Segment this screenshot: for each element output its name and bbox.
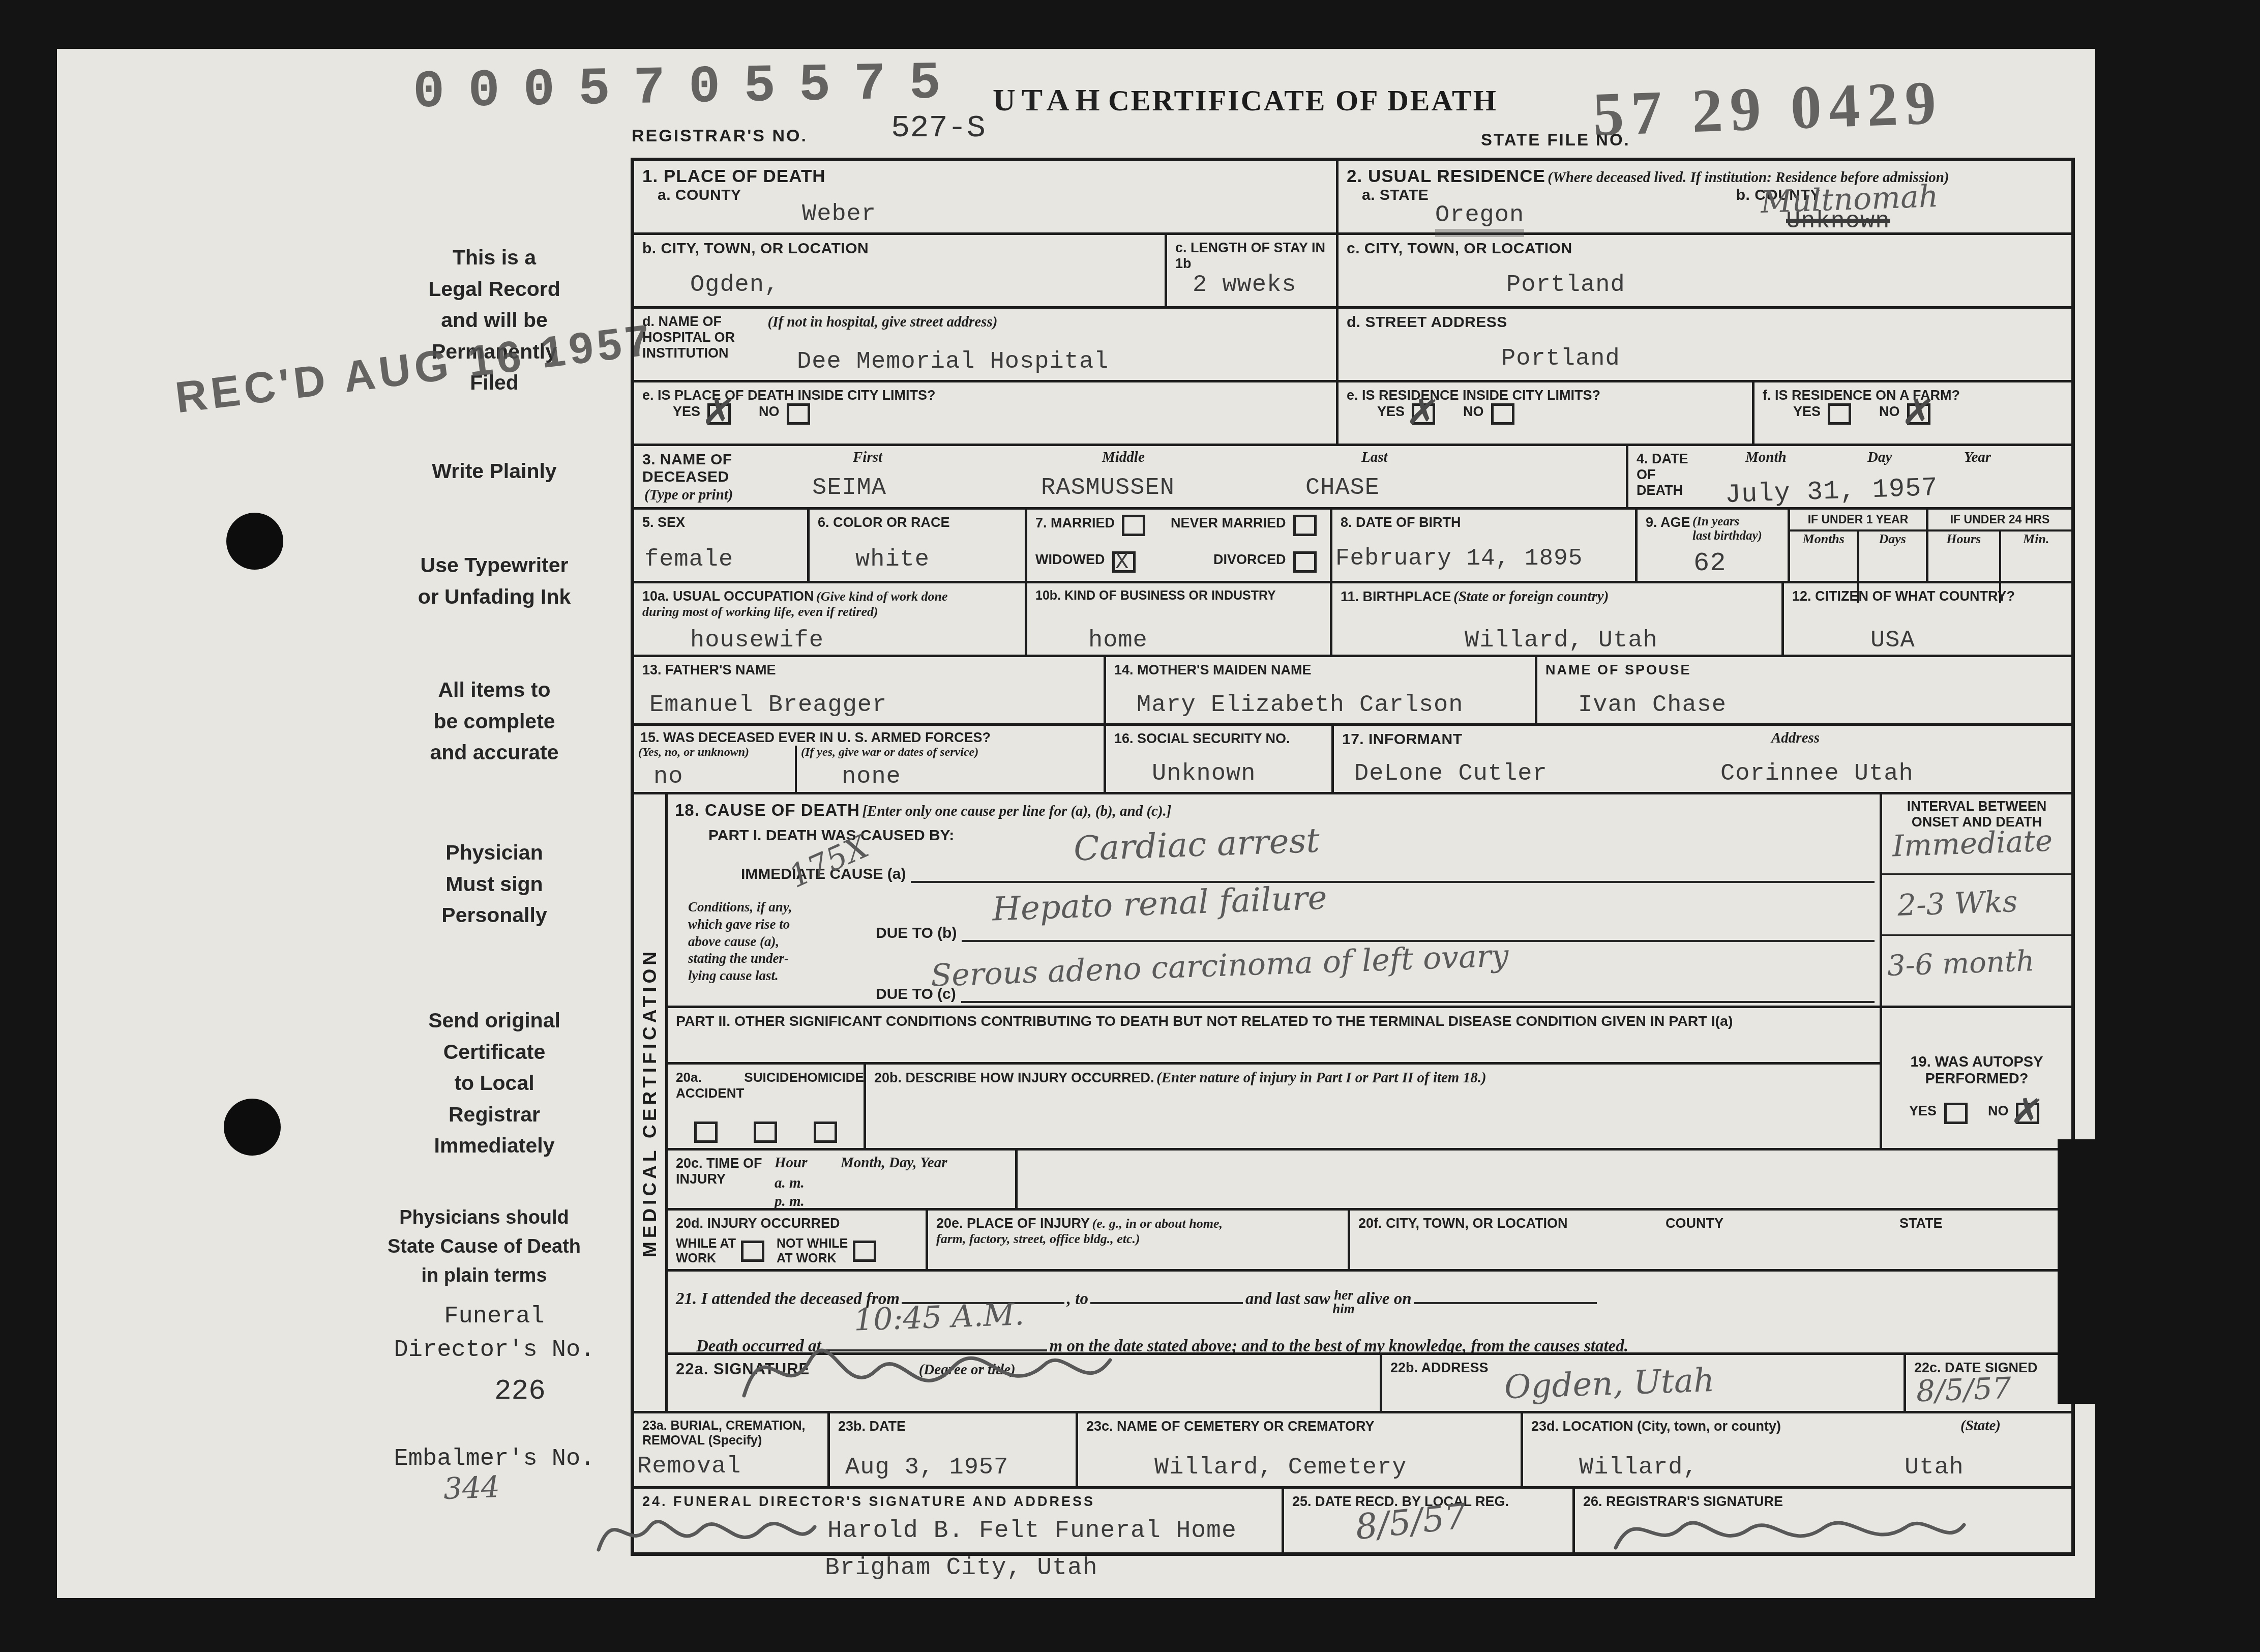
informant-value: DeLone Cutler <box>1354 760 1548 787</box>
scan-edge-notch <box>2058 1139 2260 1404</box>
yes-label: YES <box>673 404 700 419</box>
row-injury-place: 20d. INJURY OCCURRED WHILE AT WORK NOT W… <box>668 1211 2071 1272</box>
fathers-name-value: Emanuel Breagger <box>649 692 887 719</box>
month-header: Month <box>1745 449 1787 466</box>
length-of-stay-label: c. LENGTH OF STAY IN 1b <box>1175 240 1325 271</box>
occupation-label: 10a. USUAL OCCUPATION <box>642 588 814 604</box>
business-value: home <box>1088 627 1148 654</box>
field-if-under-24-hrs: IF UNDER 24 HRS Hours Min. <box>1928 510 2071 581</box>
field-residence-city-limits: e. IS RESIDENCE INSIDE CITY LIMITS? YES … <box>1339 382 1755 444</box>
time-of-injury-label: 20c. TIME OF INJURY <box>676 1156 762 1187</box>
field-armed-forces: 15. WAS DECEASED EVER IN U. S. ARMED FOR… <box>634 726 1106 792</box>
date-of-death-value: July 31, 1957 <box>1724 473 1938 511</box>
row-signature: 22a. SIGNATURE (Degree or title) 22b. AD… <box>668 1355 2071 1411</box>
widowed-label: WIDOWED <box>1035 552 1105 567</box>
citizen-value: USA <box>1870 627 1915 654</box>
first-name-value: SEIMA <box>812 475 886 501</box>
suicide-checkbox <box>754 1122 777 1143</box>
type-or-print-hint: (Type or print) <box>644 487 733 504</box>
cause-of-death-bracket: [Enter only one cause per line for (a), … <box>862 803 1171 819</box>
field-part2-conditions: PART II. OTHER SIGNIFICANT CONDITIONS CO… <box>668 1008 1882 1065</box>
row-funeral-registrar: 24. FUNERAL DIRECTOR'S SIGNATURE AND ADD… <box>634 1489 2071 1552</box>
no-label: NO <box>1879 404 1900 419</box>
cause-of-death-label: 18. CAUSE OF DEATH <box>675 801 860 819</box>
describe-injury-hint: (Enter nature of injury in Part I or Par… <box>1156 1070 1486 1086</box>
field-physician-signature: 22a. SIGNATURE (Degree or title) <box>668 1355 1382 1411</box>
birthplace-label: 11. BIRTHPLACE <box>1341 589 1451 604</box>
field-name-of-spouse: NAME OF SPOUSE Ivan Chase <box>1537 657 2071 723</box>
field-name-of-deceased: 3. NAME OF DECEASED (Type or print) Firs… <box>634 446 1628 507</box>
homicide-checkbox <box>814 1122 837 1143</box>
death-city-limits-yes-checkbox <box>707 403 731 425</box>
field-marital-status: 7. MARRIED NEVER MARRIED WIDOWED DIVORCE… <box>1027 510 1332 581</box>
funeral-home-value: Harold B. Felt Funeral Home <box>827 1517 1237 1545</box>
fathers-name-label: 13. FATHER'S NAME <box>642 662 776 677</box>
registrar-signature <box>1605 1502 1972 1558</box>
field-date-received: 25. DATE RECD. BY LOCAL REG. 8/5/57 <box>1284 1489 1575 1552</box>
residence-state-value: Oregon <box>1435 202 1524 237</box>
field-autopsy: 19. WAS AUTOPSY PERFORMED? YES NO <box>1882 1008 2071 1148</box>
row-occupation-birthplace-citizen: 10a. USUAL OCCUPATION (Give kind of work… <box>634 583 2071 657</box>
year-header: Year <box>1964 449 1991 466</box>
funeral-director-no-value: 226 <box>494 1371 546 1411</box>
field-age: 9. AGE (In years last birthday) 62 <box>1638 510 1790 581</box>
while-at-work-label: WHILE AT WORK <box>676 1236 736 1266</box>
field-if-under-1-year: IF UNDER 1 YEAR Months Days <box>1790 510 1928 581</box>
punch-hole-top <box>226 513 283 570</box>
armed-forces-value1: no <box>653 763 791 790</box>
sex-label: 5. SEX <box>642 515 685 530</box>
occupation-value: housewife <box>690 627 824 654</box>
sex-value: female <box>644 546 733 573</box>
serial-number-stamp: 0005705575 <box>412 53 965 123</box>
margin-note-all-items: All items to be complete and accurate <box>342 674 647 769</box>
injury-state-label: STATE <box>1899 1216 1943 1231</box>
immediate-cause-handwritten: Cardiac arrest <box>1073 821 1320 869</box>
age-value: 62 <box>1693 548 1726 578</box>
injury-county-label: COUNTY <box>1666 1216 1723 1231</box>
accident-label: 20a. ACCIDENT <box>676 1070 744 1101</box>
certificate-sheet: This is a Legal Record and will be Perma… <box>57 49 2095 1598</box>
autopsy-no-checkbox <box>2016 1103 2039 1124</box>
date-of-birth-label: 8. DATE OF BIRTH <box>1341 515 1461 530</box>
row-hospital-street: d. NAME OF HOSPITAL OR INSTITUTION (If n… <box>634 309 2071 382</box>
row-part2-injury: PART II. OTHER SIGNIFICANT CONDITIONS CO… <box>668 1008 2071 1150</box>
widowed-checkbox <box>1112 551 1136 573</box>
month-day-year-header: Month, Day, Year <box>841 1155 947 1171</box>
hour-header: Hour <box>775 1155 807 1171</box>
field-residence-city: c. CITY, TOWN, OR LOCATION Portland <box>1339 235 2071 306</box>
embalmer-no-value: 344 <box>443 1469 500 1506</box>
street-address-label: d. STREET ADDRESS <box>1347 314 1507 331</box>
no-label: NO <box>1463 404 1484 419</box>
last-name-value: CHASE <box>1305 475 1380 501</box>
field-accident-suicide-homicide: 20a. ACCIDENT SUICIDE HOMICIDE <box>668 1065 866 1148</box>
informant-label: 17. INFORMANT <box>1342 731 1463 748</box>
mothers-name-label: 14. MOTHER'S MAIDEN NAME <box>1114 662 1311 677</box>
street-address-value: Portland <box>1501 345 1620 372</box>
burial-type-label: 23a. BURIAL, CREMATION, REMOVAL (Specify… <box>642 1419 805 1448</box>
death-occurred-rest: m on the date stated above; and to the b… <box>1050 1337 1628 1355</box>
ssn-label: 16. SOCIAL SECURITY NO. <box>1114 731 1290 746</box>
mothers-name-value: Mary Elizabeth Carlson <box>1137 692 1464 719</box>
row-parents-spouse: 13. FATHER'S NAME Emanuel Breagger 14. M… <box>634 657 2071 726</box>
birthplace-hint: (State or foreign country) <box>1453 588 1609 605</box>
field-describe-injury: 20b. DESCRIBE HOW INJURY OCCURRED. (Ente… <box>866 1065 1882 1148</box>
due-to-c-handwritten: Serous adeno carcinoma of left ovary <box>930 938 1509 994</box>
due-to-b-handwritten: Hepato renal failure <box>992 879 1328 929</box>
title-main: CERTIFICATE OF DEATH <box>1108 84 1498 117</box>
field-place-of-injury: 20e. PLACE OF INJURY (e. g., in or about… <box>928 1211 1350 1269</box>
cemetery-name-value: Willard, Cemetery <box>1154 1454 1407 1481</box>
date-of-birth-value: February 14, 1895 <box>1335 545 1583 572</box>
months-header: Months <box>1803 532 1845 546</box>
margin-note-use-typewriter: Use Typewriter or Unfading Ink <box>342 550 647 612</box>
married-label: MARRIED <box>1051 515 1115 530</box>
physician-address-label: 22b. ADDRESS <box>1390 1360 1489 1375</box>
burial-date-value: Aug 3, 1957 <box>845 1454 1008 1481</box>
field-burial-date: 23b. DATE Aug 3, 1957 <box>830 1413 1078 1486</box>
registrars-no-label: REGISTRAR'S NO. <box>632 126 808 146</box>
field-hospital-name: d. NAME OF HOSPITAL OR INSTITUTION (If n… <box>634 309 1339 380</box>
field-burial-type: 23a. BURIAL, CREMATION, REMOVAL (Specify… <box>634 1413 830 1486</box>
residence-city-limits-yes-checkbox <box>1412 403 1435 425</box>
cemetery-location-value: Willard, <box>1579 1454 1698 1481</box>
residence-county-struck: Unknown <box>1786 208 1890 235</box>
age-hint: (In years last birthday) <box>1692 515 1762 543</box>
row-time-of-injury: 20c. TIME OF INJURY Hour Month, Day, Yea… <box>668 1150 2071 1211</box>
her-label: her <box>1332 1288 1355 1302</box>
registrars-no-value: 527-S <box>891 110 986 146</box>
field-death-city: b. CITY, TOWN, OR LOCATION Ogden, <box>634 235 1167 306</box>
autopsy-label: 19. WAS AUTOPSY PERFORMED? <box>1890 1054 2063 1087</box>
day-header: Day <box>1867 449 1892 466</box>
burial-type-value: Removal <box>637 1453 741 1480</box>
field-social-security: 16. SOCIAL SECURITY NO. Unknown <box>1106 726 1334 792</box>
field-time-of-injury: 20c. TIME OF INJURY Hour Month, Day, Yea… <box>668 1150 1018 1208</box>
margin-note-physician-sign: Physician Must sign Personally <box>342 837 647 931</box>
pm-label: p. m. <box>775 1193 805 1210</box>
him-label: him <box>1332 1302 1355 1316</box>
row-city-limits-farm: e. IS PLACE OF DEATH INSIDE CITY LIMITS?… <box>634 382 2071 446</box>
color-race-value: white <box>855 546 930 573</box>
date-signed-handwritten: 8/5/57 <box>1916 1371 2012 1408</box>
field-place-of-death: 1. PLACE OF DEATH a. COUNTY Weber <box>634 161 1339 232</box>
yes-label: YES <box>1909 1103 1937 1118</box>
signature-label: 22a. SIGNATURE <box>676 1360 810 1378</box>
row-burial: 23a. BURIAL, CREMATION, REMOVAL (Specify… <box>634 1411 2071 1489</box>
place-of-death-title: 1. PLACE OF DEATH <box>642 166 826 186</box>
row-cause-of-death: 18. CAUSE OF DEATH [Enter only one cause… <box>668 794 2071 1008</box>
not-while-at-work-checkbox <box>853 1241 876 1262</box>
armed-forces-hint2: (If yes, give war or dates of service) <box>801 746 978 759</box>
degree-title-hint: (Degree or title) <box>919 1362 1016 1378</box>
divorced-label: DIVORCED <box>1213 552 1286 567</box>
attended-text-aliveon: alive on <box>1357 1290 1411 1308</box>
due-to-b-label: DUE TO (b) <box>876 925 957 942</box>
not-while-at-work-label: NOT WHILE AT WORK <box>777 1236 848 1266</box>
min-header: Min. <box>2023 532 2049 546</box>
cemetery-name-label: 23c. NAME OF CEMETERY OR CREMATORY <box>1086 1419 1375 1434</box>
county-label: a. COUNTY <box>658 187 741 203</box>
field-date-of-birth: 8. DATE OF BIRTH February 14, 1895 <box>1332 510 1638 581</box>
title-utah: UTAH <box>993 83 1106 117</box>
field-date-signed: 22c. DATE SIGNED 8/5/57 <box>1906 1355 2071 1411</box>
residence-state-label: a. STATE <box>1362 187 1429 203</box>
suicide-label: SUICIDE <box>744 1070 797 1101</box>
margin-note-send-original: Send original Certificate to Local Regis… <box>342 1005 647 1162</box>
medical-certification-strip: MEDICAL CERTIFICATION <box>634 794 668 1411</box>
informant-address-label: Address <box>1771 730 1820 747</box>
field-death-city-limits: e. IS PLACE OF DEATH INSIDE CITY LIMITS?… <box>634 382 1339 444</box>
field-usual-occupation: 10a. USUAL OCCUPATION (Give kind of work… <box>634 583 1027 655</box>
middle-name-header: Middle <box>1102 449 1145 466</box>
spouse-value: Ivan Chase <box>1578 692 1727 719</box>
field-sex: 5. SEX female <box>634 510 810 581</box>
punch-hole-bottom <box>224 1099 281 1156</box>
spouse-label: NAME OF SPOUSE <box>1545 662 1691 677</box>
burial-date-label: 23b. DATE <box>838 1419 906 1434</box>
death-city-limits-no-checkbox <box>787 403 810 425</box>
attended-text-to: , to <box>1067 1290 1088 1308</box>
while-at-work-checkbox <box>741 1241 764 1262</box>
state-file-no-stamp: 57 29 0429 <box>1592 67 1944 151</box>
divorced-checkbox <box>1293 551 1317 573</box>
days-header: Days <box>1879 532 1906 546</box>
death-city-value: Ogden, <box>690 272 779 299</box>
never-married-label: NEVER MARRIED <box>1171 515 1286 530</box>
funeral-director-label: 24. FUNERAL DIRECTOR'S SIGNATURE AND ADD… <box>642 1494 1095 1509</box>
under-1-year-header: IF UNDER 1 YEAR <box>1790 510 1926 532</box>
homicide-label: HOMICIDE <box>798 1070 864 1101</box>
field-birthplace: 11. BIRTHPLACE (State or foreign country… <box>1332 583 1784 655</box>
hours-header: Hours <box>1946 532 1981 546</box>
field-citizen-country: 12. CITIZEN OF WHAT COUNTRY? USA <box>1784 583 2071 655</box>
describe-injury-label: 20b. DESCRIBE HOW INJURY OCCURRED. <box>874 1070 1154 1085</box>
attended-to-blank <box>1090 1282 1243 1304</box>
field-attended-statement: 21. I attended the deceased from , to an… <box>668 1272 2071 1352</box>
usual-residence-title: 2. USUAL RESIDENCE <box>1347 166 1545 186</box>
yes-label: YES <box>1793 404 1821 419</box>
residence-city-label: c. CITY, TOWN, OR LOCATION <box>1347 240 1572 257</box>
conditions-note: Conditions, if any, which gave rise to a… <box>688 899 792 985</box>
funeral-home-city-value: Brigham City, Utah <box>825 1554 1097 1582</box>
medical-certification-block: MEDICAL CERTIFICATION 18. CAUSE OF DEATH… <box>634 794 2071 1411</box>
autopsy-yes-checkbox <box>1944 1103 1968 1124</box>
certificate-title: UTAH CERTIFICATE OF DEATH <box>993 82 1498 119</box>
place-of-injury-label: 20e. PLACE OF INJURY <box>936 1216 1090 1231</box>
cemetery-state-hint: (State) <box>1960 1418 2001 1434</box>
armed-forces-hint1: (Yes, no, or unknown) <box>638 746 749 759</box>
armed-forces-value2: none <box>842 763 1099 790</box>
margin-note-write-plainly: Write Plainly <box>342 456 647 487</box>
field-injury-occurred: 20d. INJURY OCCURRED WHILE AT WORK NOT W… <box>668 1211 928 1269</box>
physician-address-handwritten: Ogden, Utah <box>1504 1362 1715 1406</box>
citizen-label: 12. CITIZEN OF WHAT COUNTRY? <box>1792 588 2015 604</box>
armed-forces-label: 15. WAS DECEASED EVER IN U. S. ARMED FOR… <box>634 726 1104 746</box>
age-label: 9. AGE <box>1646 515 1690 530</box>
field-registrar-signature: 26. REGISTRAR'S SIGNATURE <box>1575 1489 2071 1552</box>
registrar-signature-label: 26. REGISTRAR'S SIGNATURE <box>1583 1494 1783 1509</box>
yes-label: YES <box>1377 404 1405 419</box>
death-time-handwritten: 10:45 A.M. <box>853 1296 1025 1338</box>
accident-checkbox <box>694 1122 718 1143</box>
residence-city-value: Portland <box>1506 272 1625 299</box>
residence-city-limits-no-checkbox <box>1491 403 1514 425</box>
cemetery-location-label: 23d. LOCATION (City, town, or county) <box>1531 1419 1781 1434</box>
hospital-label: d. NAME OF HOSPITAL OR INSTITUTION <box>642 314 735 361</box>
length-of-stay-value: 2 wweks <box>1193 272 1296 299</box>
no-label: NO <box>759 404 780 419</box>
field-cause-of-death: 18. CAUSE OF DEATH [Enter only one cause… <box>668 794 1882 1006</box>
hospital-hint: (If not in hospital, give street address… <box>767 314 997 330</box>
interval-b-handwritten: 2-3 Wks <box>1897 884 2018 923</box>
injury-occurred-label: 20d. INJURY OCCURRED <box>676 1216 840 1231</box>
residence-farm-yes-checkbox <box>1828 403 1851 425</box>
funeral-director-no-label: Funeral Director's No. <box>342 1300 647 1367</box>
row-attended-statement: 21. I attended the deceased from , to an… <box>668 1272 2071 1355</box>
field-fathers-name: 13. FATHER'S NAME Emanuel Breagger <box>634 657 1106 723</box>
field-physician-address: 22b. ADDRESS Ogden, Utah <box>1382 1355 1906 1411</box>
row-name-date-of-death: 3. NAME OF DECEASED (Type or print) Firs… <box>634 446 2071 510</box>
row-city-stay: b. CITY, TOWN, OR LOCATION Ogden, c. LEN… <box>634 235 2071 309</box>
hospital-value: Dee Memorial Hospital <box>797 348 1109 375</box>
field-color-race: 6. COLOR OR RACE white <box>810 510 1027 581</box>
name-of-deceased-label: 3. NAME OF DECEASED <box>642 451 732 486</box>
field-funeral-director-signature: 24. FUNERAL DIRECTOR'S SIGNATURE AND ADD… <box>634 1489 1284 1552</box>
business-label: 10b. KIND OF BUSINESS OR INDUSTRY <box>1035 588 1276 603</box>
field-interval-onset-death: INTERVAL BETWEEN ONSET AND DEATH Immedia… <box>1882 794 2071 1006</box>
injury-city-label: 20f. CITY, TOWN, OR LOCATION <box>1358 1216 1568 1231</box>
death-city-limits-label: e. IS PLACE OF DEATH INSIDE CITY LIMITS? <box>642 388 936 403</box>
medical-certification-vertical-label: MEDICAL CERTIFICATION <box>639 948 661 1257</box>
row-armed-forces-ssn-informant: 15. WAS DECEASED EVER IN U. S. ARMED FOR… <box>634 726 2071 794</box>
interval-a-handwritten: Immediate <box>1892 823 2053 864</box>
alive-on-blank <box>1414 1282 1597 1304</box>
margin-note-cause-plain-terms: Physicians should State Cause of Death i… <box>301 1203 667 1290</box>
under-24-hrs-header: IF UNDER 24 HRS <box>1928 510 2071 532</box>
part2-label: PART II. OTHER SIGNIFICANT CONDITIONS CO… <box>676 1013 1733 1029</box>
first-name-header: First <box>853 449 882 466</box>
residence-farm-no-checkbox <box>1907 403 1930 425</box>
date-of-death-label: 4. DATE OF DEATH <box>1637 451 1688 498</box>
field-cemetery-location: 23d. LOCATION (City, town, or county) (S… <box>1523 1413 2071 1486</box>
attended-text-lastsaw: and last saw <box>1245 1290 1330 1308</box>
birthplace-value: Willard, Utah <box>1465 627 1658 654</box>
field-date-of-death: 4. DATE OF DEATH Month Day Year July 31,… <box>1628 446 2071 507</box>
informant-address-value: Corinnee Utah <box>1720 760 1914 787</box>
field-injury-city: 20f. CITY, TOWN, OR LOCATION COUNTY STAT… <box>1350 1211 2071 1269</box>
field-mothers-maiden-name: 14. MOTHER'S MAIDEN NAME Mary Elizabeth … <box>1106 657 1537 723</box>
row-sex-race-marital-birth-age: 5. SEX female 6. COLOR OR RACE white 7. … <box>634 510 2071 583</box>
married-checkbox <box>1122 515 1145 536</box>
field-length-of-stay: c. LENGTH OF STAY IN 1b 2 wweks <box>1167 235 1339 306</box>
am-label: a. m. <box>775 1175 805 1192</box>
color-race-label: 6. COLOR OR RACE <box>818 515 950 530</box>
last-name-header: Last <box>1361 449 1388 466</box>
cemetery-state-value: Utah <box>1905 1454 1964 1481</box>
field-residence-farm: f. IS RESIDENCE ON A FARM? YES NO <box>1755 382 2071 444</box>
middle-name-value: RASMUSSEN <box>1041 475 1175 501</box>
interval-c-handwritten: 3-6 month <box>1887 945 2035 983</box>
row-place-usual-residence: 1. PLACE OF DEATH a. COUNTY Weber 2. USU… <box>634 161 2071 235</box>
field-cemetery-name: 23c. NAME OF CEMETERY OR CREMATORY Willa… <box>1078 1413 1523 1486</box>
field-informant: 17. INFORMANT Address DeLone Cutler Cori… <box>1334 726 2071 792</box>
never-married-checkbox <box>1293 515 1317 536</box>
death-occurred-label: Death occurred at <box>696 1337 821 1355</box>
field-time-of-injury-blank <box>1018 1150 2071 1208</box>
residence-city-limits-label: e. IS RESIDENCE INSIDE CITY LIMITS? <box>1347 388 1600 403</box>
field-street-address: d. STREET ADDRESS Portland <box>1339 309 2071 380</box>
field-usual-residence: 2. USUAL RESIDENCE (Where deceased lived… <box>1339 161 2071 232</box>
ssn-value: Unknown <box>1152 760 1256 787</box>
county-value: Weber <box>802 201 876 228</box>
field-business-industry: 10b. KIND OF BUSINESS OR INDUSTRY home <box>1027 583 1332 655</box>
death-certificate-form: 1. PLACE OF DEATH a. COUNTY Weber 2. USU… <box>631 158 2075 1556</box>
no-label: NO <box>1988 1103 2009 1118</box>
death-city-label: b. CITY, TOWN, OR LOCATION <box>642 240 869 257</box>
